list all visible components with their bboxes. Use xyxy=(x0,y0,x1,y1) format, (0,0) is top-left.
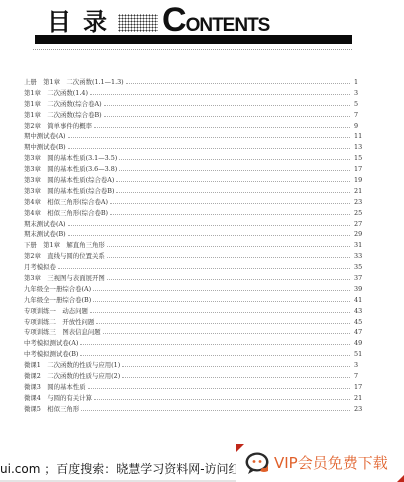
toc-entry-title: 微课2 二次函数的性质与应用(2) xyxy=(24,371,122,382)
toc-entry-page: 11 xyxy=(354,131,364,142)
dot-leader xyxy=(80,355,350,356)
toc-entry: 第4章 相似三角形(综合卷B)25 xyxy=(24,208,364,219)
toc-entry: 第4章 相似三角形(综合卷A)23 xyxy=(24,197,364,208)
dot-leader xyxy=(116,192,350,193)
toc-entry-page: 33 xyxy=(354,251,364,262)
dot-leader xyxy=(104,105,350,106)
contents-header: 目录 CONTENTS xyxy=(0,0,404,56)
toc-entry: 第2章 直线与圆的位置关系33 xyxy=(24,251,364,262)
dot-leader xyxy=(119,170,350,171)
dot-leader xyxy=(119,159,350,160)
toc-entry-page: 7 xyxy=(354,371,364,382)
toc-entry-title: 中考模拟测试卷(B) xyxy=(24,349,80,360)
toc-entry: 期末测试卷(A)27 xyxy=(24,219,364,230)
toc-entry: 期末测试卷(B)29 xyxy=(24,229,364,240)
toc-entry: 第1章 二次函数(综合卷B)7 xyxy=(24,110,364,121)
toc-entry-page: 31 xyxy=(354,240,364,251)
dot-leader xyxy=(107,257,350,258)
toc-entry: 中考模拟测试卷(B)51 xyxy=(24,349,364,360)
toc-entry-title: 期末测试卷(A) xyxy=(24,219,68,230)
dot-leader xyxy=(88,388,350,389)
toc-entry-title: 微课4 与圆的有关计算 xyxy=(24,393,94,404)
toc-entry-title: 第3章 三视图与表面展开图 xyxy=(24,273,107,284)
toc-entry-page: 3 xyxy=(354,360,364,371)
dot-leader xyxy=(93,301,350,302)
toc-entry-title: 专项训练二 开放性问题 xyxy=(24,317,96,328)
toc-entry-title: 微课1 二次函数的性质与应用(1) xyxy=(24,360,122,371)
dot-leader xyxy=(110,203,350,204)
decorative-dot-pattern xyxy=(118,14,158,32)
toc-entry-title: 下册 第1章 解直角三角形 xyxy=(24,240,107,251)
toc-entry: 微课1 二次函数的性质与应用(1)3 xyxy=(24,360,364,371)
toc-entry-title: 第2章 简单事件的概率 xyxy=(24,121,94,132)
dot-leader xyxy=(94,127,350,128)
toc-entry: 专项训练一 动态问题43 xyxy=(24,306,364,317)
toc-entry-page: 15 xyxy=(354,153,364,164)
dot-leader xyxy=(90,94,350,95)
toc-entry-page: 19 xyxy=(354,175,364,186)
toc-entry-title: 第4章 相似三角形(综合卷A) xyxy=(24,197,110,208)
dot-leader xyxy=(110,214,350,215)
toc-entry-page: 51 xyxy=(354,349,364,360)
toc-entry: 微课2 二次函数的性质与应用(2)7 xyxy=(24,371,364,382)
toc-entry: 第1章 二次函数(综合卷A)5 xyxy=(24,99,364,110)
toc-entry-page: 17 xyxy=(354,164,364,175)
dot-leader xyxy=(116,181,350,182)
toc-entry: 微课5 相似三角形23 xyxy=(24,404,364,415)
toc-entry: 第1章 二次函数(1.4)3 xyxy=(24,88,364,99)
toc-entry-title: 第3章 圆的基本性质(3.1—3.5) xyxy=(24,153,119,164)
toc-entry-page: 35 xyxy=(354,262,364,273)
toc-entry: 第3章 圆的基本性质(综合卷B)21 xyxy=(24,186,364,197)
toc-entry-page: 17 xyxy=(354,382,364,393)
toc-entry-page: 45 xyxy=(354,317,364,328)
dot-leader xyxy=(103,333,350,334)
toc-entry: 第3章 三视图与表面展开图37 xyxy=(24,273,364,284)
dot-leader xyxy=(68,148,350,149)
toc-entry-title: 月考模拟卷 xyxy=(24,262,58,273)
toc-entry-page: 47 xyxy=(354,327,364,338)
toc-entry-page: 21 xyxy=(354,186,364,197)
toc-entry-title: 期中测试卷(A) xyxy=(24,131,68,142)
toc-entry-title: 九年级全一册综合卷(A) xyxy=(24,284,93,295)
toc-entry-page: 21 xyxy=(354,393,364,404)
toc-entry-page: 23 xyxy=(354,404,364,415)
dot-leader xyxy=(93,290,350,291)
toc-entry-title: 第3章 圆的基本性质(综合卷B) xyxy=(24,186,116,197)
vip-download-button[interactable]: VIP会员免费下载 xyxy=(236,444,404,482)
toc-entry: 第3章 圆的基本性质(3.6—3.8)17 xyxy=(24,164,364,175)
toc-entry-title: 第3章 圆的基本性质(3.6—3.8) xyxy=(24,164,119,175)
toc-entry-page: 3 xyxy=(354,88,364,99)
toc-entry: 中考模拟测试卷(A)49 xyxy=(24,338,364,349)
vip-label: VIP会员免费下载 xyxy=(274,454,388,472)
toc-entry-title: 专项训练三 图表信息问题 xyxy=(24,327,103,338)
toc-entry-title: 期末测试卷(B) xyxy=(24,229,68,240)
toc-entry-title: 微课5 相似三角形 xyxy=(24,404,81,415)
toc-entry: 九年级全一册综合卷(B)41 xyxy=(24,295,364,306)
dot-leader xyxy=(68,225,350,226)
dot-leader xyxy=(81,410,350,411)
toc-entry: 专项训练三 图表信息问题47 xyxy=(24,327,364,338)
toc-entry-page: 23 xyxy=(354,197,364,208)
dot-leader xyxy=(68,137,350,138)
toc-entry: 微课4 与圆的有关计算21 xyxy=(24,393,364,404)
toc-entry-page: 43 xyxy=(354,306,364,317)
dot-leader xyxy=(94,399,350,400)
toc-entry: 专项训练二 开放性问题45 xyxy=(24,317,364,328)
toc-entry: 月考模拟卷35 xyxy=(24,262,364,273)
toc-entry-title: 九年级全一册综合卷(B) xyxy=(24,295,93,306)
toc-entry: 第2章 简单事件的概率9 xyxy=(24,121,364,132)
title-rest: ONTENTS xyxy=(186,15,270,36)
toc-entry-title: 期中测试卷(B) xyxy=(24,142,68,153)
toc-entry: 上册 第1章 二次函数(1.1—1.3)1 xyxy=(24,77,364,88)
toc-entry-page: 5 xyxy=(354,99,364,110)
toc-entry-title: 第2章 直线与圆的位置关系 xyxy=(24,251,107,262)
toc-entry-title: 微课3 圆的基本性质 xyxy=(24,382,88,393)
dot-leader xyxy=(58,268,350,269)
toc-entry-title: 第1章 二次函数(综合卷A) xyxy=(24,99,104,110)
footer-search-hint: ui.com ；百度搜索：晓慧学习资料网-访问红 xyxy=(0,460,236,477)
title-chinese: 目录 xyxy=(47,9,119,35)
toc-entry-page: 39 xyxy=(354,284,364,295)
dotted-rule-divider xyxy=(33,49,352,50)
toc-entry: 九年级全一册综合卷(A)39 xyxy=(24,284,364,295)
toc-entry-title: 第4章 相似三角形(综合卷B) xyxy=(24,208,110,219)
toc-entry-page: 27 xyxy=(354,219,364,230)
dot-leader xyxy=(126,83,350,84)
toc-entry-title: 第3章 圆的基本性质(综合卷A) xyxy=(24,175,116,186)
dot-leader xyxy=(122,366,350,367)
toc-entry: 期中测试卷(B)13 xyxy=(24,142,364,153)
chat-bubble-mascot-icon xyxy=(244,451,270,475)
corner-accent-icon xyxy=(397,475,404,482)
toc-entry-title: 专项训练一 动态问题 xyxy=(24,306,90,317)
dot-leader xyxy=(122,377,350,378)
toc-entry-page: 29 xyxy=(354,229,364,240)
toc-entry: 下册 第1章 解直角三角形31 xyxy=(24,240,364,251)
dot-leader xyxy=(90,312,350,313)
toc-entry-page: 1 xyxy=(354,77,364,88)
table-of-contents: 上册 第1章 二次函数(1.1—1.3)1第1章 二次函数(1.4)3第1章 二… xyxy=(24,77,364,415)
dot-leader xyxy=(96,323,350,324)
toc-entry-title: 第1章 二次函数(综合卷B) xyxy=(24,110,104,121)
dot-leader xyxy=(107,246,350,247)
toc-entry-page: 13 xyxy=(354,142,364,153)
toc-entry-page: 37 xyxy=(354,273,364,284)
toc-entry-title: 第1章 二次函数(1.4) xyxy=(24,88,90,99)
toc-entry-title: 上册 第1章 二次函数(1.1—1.3) xyxy=(24,77,126,88)
dot-leader xyxy=(107,279,350,280)
toc-entry: 微课3 圆的基本性质17 xyxy=(24,382,364,393)
toc-entry: 期中测试卷(A)11 xyxy=(24,131,364,142)
toc-entry-title: 中考模拟测试卷(A) xyxy=(24,338,80,349)
corner-accent-icon xyxy=(236,444,244,452)
header-bar-divider xyxy=(35,35,352,44)
toc-entry-page: 7 xyxy=(354,110,364,121)
dot-leader xyxy=(104,116,350,117)
toc-entry-page: 25 xyxy=(354,208,364,219)
dot-leader xyxy=(80,344,350,345)
toc-entry: 第3章 圆的基本性质(综合卷A)19 xyxy=(24,175,364,186)
toc-entry: 第3章 圆的基本性质(3.1—3.5)15 xyxy=(24,153,364,164)
toc-entry-page: 9 xyxy=(354,121,364,132)
toc-entry-page: 49 xyxy=(354,338,364,349)
dot-leader xyxy=(68,235,350,236)
toc-entry-page: 41 xyxy=(354,295,364,306)
title-initial: C xyxy=(162,1,186,39)
